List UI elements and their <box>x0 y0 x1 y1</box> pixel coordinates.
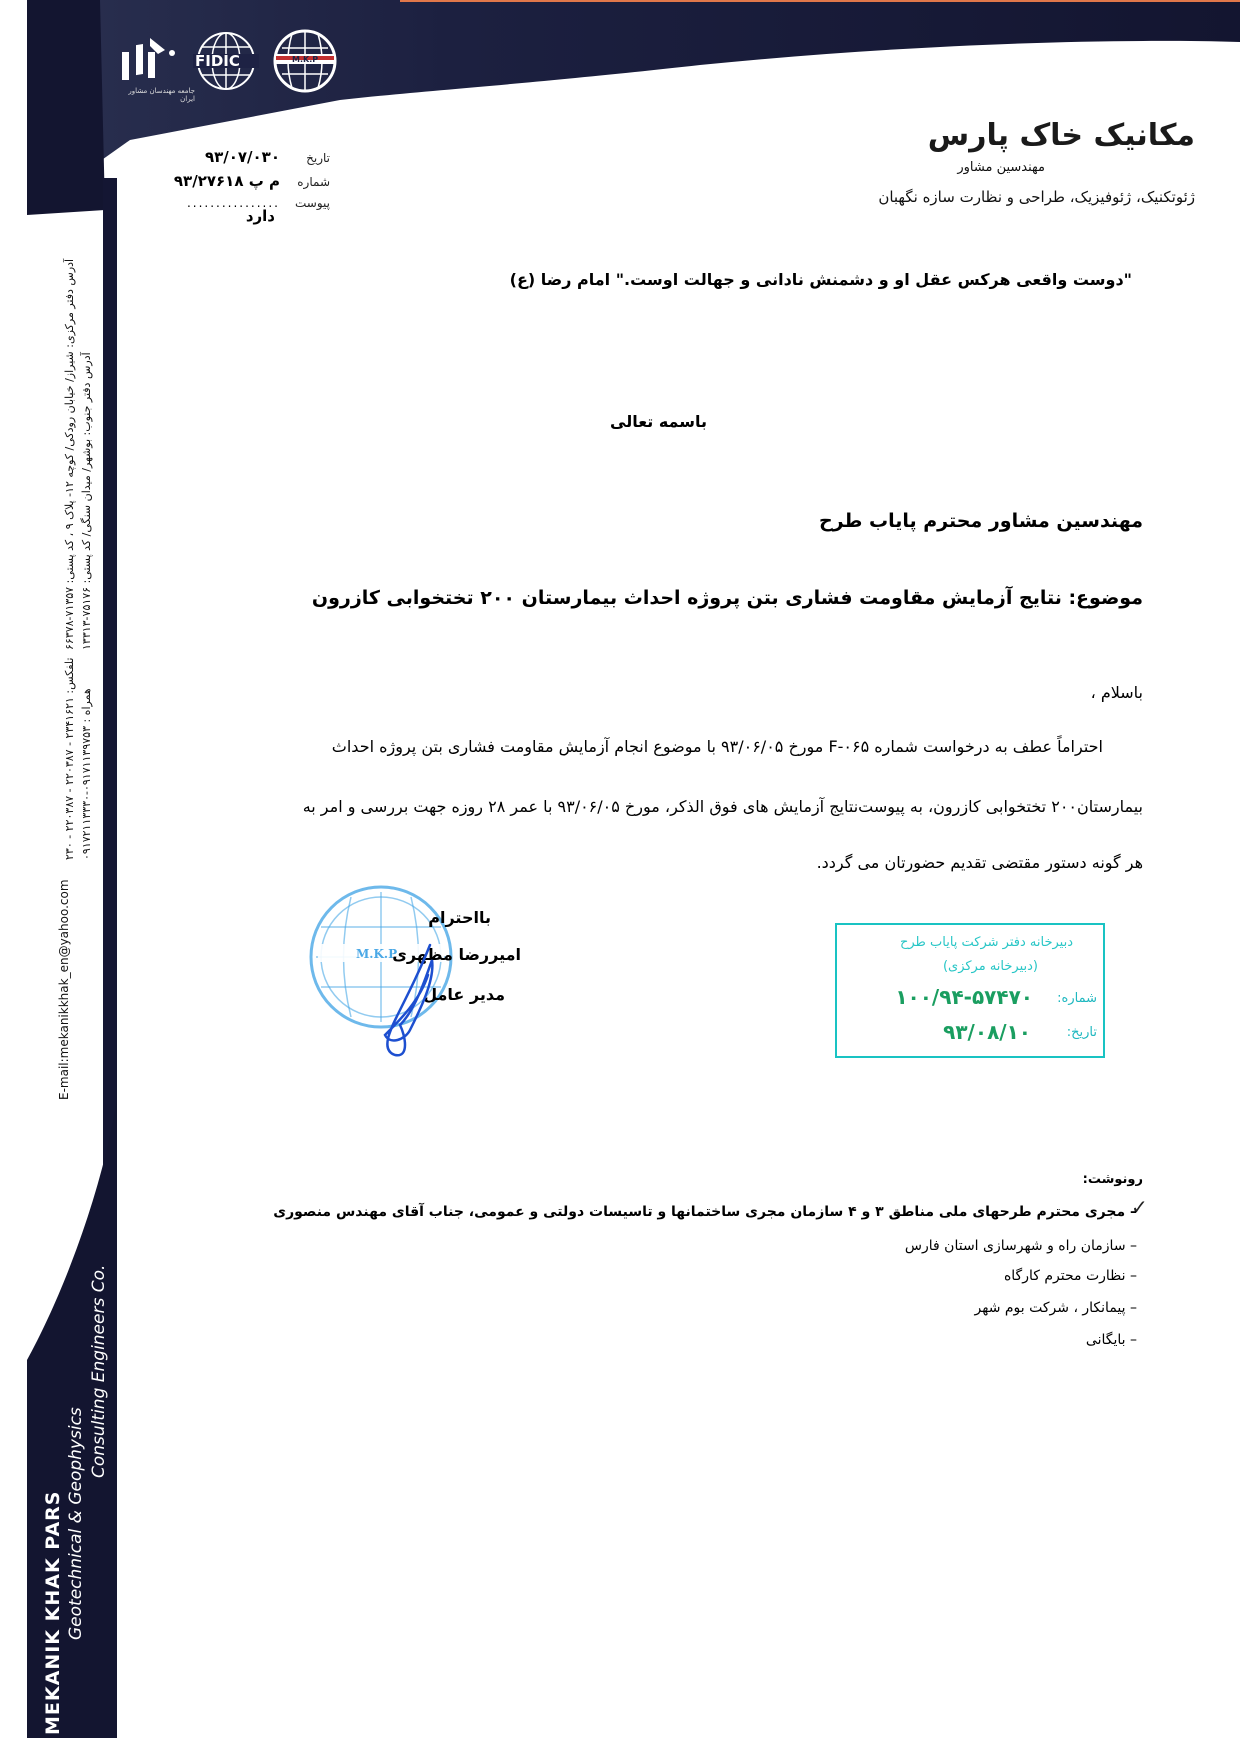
sidebar-address-central: آدرس دفتر مرکزی: شیراز/ خیابان رودکی/ کو… <box>63 259 76 650</box>
fidic-label: FIDIC <box>195 52 240 70</box>
signature-closing: بااحترام <box>428 908 491 927</box>
stamp-date-value: ۹۳/۰۸/۱۰ <box>943 1020 1031 1044</box>
quote: "دوست واقعی هرکس عقل او و دشمنش نادانی و… <box>510 270 1132 289</box>
company-name: مکانیک خاک پارس <box>928 118 1195 153</box>
cc-title: رونوشت: <box>1083 1172 1143 1187</box>
cc-item: – مجری محترم طرحهای ملی مناطق ۳ و ۴ سازم… <box>273 1204 1137 1220</box>
meta-date-value: ۹۳/۰۷/۰۳۰ <box>205 148 280 166</box>
handwritten-signature-icon <box>360 940 460 1060</box>
stamp-number-value: ۱۰۰/۹۴-۵۷۴۷۰ <box>895 985 1033 1009</box>
subject-line: موضوع: نتایج آزمایش مقاومت فشاری بتن پرو… <box>312 587 1143 609</box>
meta-attachment-label: پیوست <box>286 196 330 210</box>
mkp-globe-logo: M.K.P <box>272 28 338 94</box>
sidebar-brand-tagline-1: Geotechnical & Geophysics <box>66 1407 86 1640</box>
sidebar-phones-mobile: همراه : ۰۹۱۷۱۱۳۹۷۵۳-۰۹۱۷۲۱۱۳۳۳۰ <box>80 688 93 860</box>
sidebar-brand-name: MEKANIK KHAK PARS <box>42 1491 64 1736</box>
sidebar-email: E-mail:mekanikkhak_en@yahoo.com <box>57 879 71 1100</box>
received-stamp: دبیرخانه دفتر شرکت پایاب طرح (دبیرخانه م… <box>835 923 1105 1058</box>
stamp-title: دبیرخانه دفتر شرکت پایاب طرح <box>900 935 1073 950</box>
stamp-number-label: شماره: <box>1057 991 1097 1006</box>
cc-item: – پیمانکار ، شرکت بوم شهر <box>975 1300 1137 1316</box>
sidebar-address-south: آدرس دفتر جنوب: بوشهر/ میدان سنگی/ کد پس… <box>80 352 93 650</box>
meta-attachment-value: دارد <box>246 207 275 225</box>
cc-item: – نظارت محترم کارگاه <box>1004 1268 1137 1284</box>
meta-number-value: م پ ۹۳/۲۷۶۱۸ <box>174 172 280 190</box>
meta-date-row: تاریخ ۹۳/۰۷/۰۳۰ <box>205 148 330 166</box>
company-services: ژئوتکنیک، ژئوفیزیک، طراحی و نظارت سازه ن… <box>878 188 1195 206</box>
meta-number-label: شماره <box>286 175 330 189</box>
cc-item: – سازمان راه و شهرسازی استان فارس <box>905 1238 1137 1254</box>
ices-logo-icon <box>120 30 180 85</box>
letterhead-band <box>0 0 1240 1753</box>
stamp-subtitle: (دبیرخانه مرکزی) <box>943 959 1038 974</box>
mkp-logo-label: M.K.P <box>292 55 318 64</box>
ices-logo-caption: جامعه مهندسان مشاور ایران <box>120 87 195 103</box>
meta-number-row: شماره م پ ۹۳/۲۷۶۱۸ <box>174 172 330 190</box>
sidebar-brand-tagline-2: Consulting Engineers Co. <box>89 1265 109 1478</box>
basmala-heading: باسمه تعالی <box>610 412 707 431</box>
fidic-logo: FIDIC <box>193 30 259 92</box>
meta-date-label: تاریخ <box>286 151 330 165</box>
sidebar-phones-telefax: تلفکس: ۲۳۴۱۶۲۱ - ۲۲۰۳۸۷ - ۲۲۰۳۸۷ - ۲۳۰ <box>63 658 76 860</box>
cc-item: – بایگانی <box>1086 1332 1137 1348</box>
greeting: باسلام ، <box>1091 683 1143 702</box>
recipient: مهندسین مشاور محترم پایاب طرح <box>819 510 1143 532</box>
body-paragraph-line: احتراماً عطف به درخواست شماره F-۰۶۵ مورخ… <box>332 737 1103 756</box>
company-subtitle: مهندسین مشاور <box>957 160 1045 175</box>
body-paragraph-line: هر گونه دستور مقتضی تقدیم حضورتان می گرد… <box>817 853 1143 872</box>
iran-consulting-engineers-society-logo: جامعه مهندسان مشاور ایران <box>120 30 195 100</box>
stamp-date-label: تاریخ: <box>1067 1025 1097 1040</box>
body-paragraph-line: بیمارستان۲۰۰ تختخوابی کازرون، به پیوست‌ن… <box>303 797 1143 816</box>
